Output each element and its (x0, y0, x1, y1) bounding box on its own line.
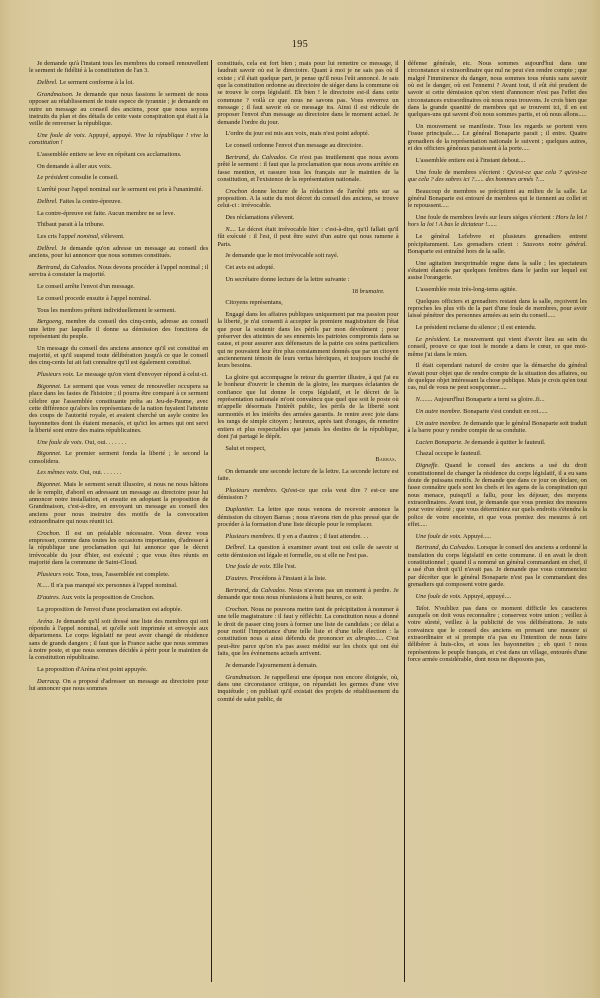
paragraph: Plusieurs voix. Tous, tous, l'assemblée … (29, 571, 208, 578)
speaker-name: Une foule de voix. (416, 593, 462, 600)
paragraph: Duplantier. La lettre que nous venons de… (217, 506, 398, 528)
paragraph-text: L'assemblée entiere se leve en répétant … (37, 151, 182, 158)
paragraph: Le président reclame du silence ; il est… (408, 324, 587, 331)
paragraph: Un mouvement se manifeste. Tous les rega… (408, 123, 587, 152)
page-number: 195 (0, 39, 600, 50)
paragraph: Bigonnet. Mais le serment serait illusoi… (29, 481, 208, 525)
paragraph: Un autre membre. Bonaparte s'est conduit… (408, 408, 587, 415)
paragraph-text: On demande une seconde lecture de la let… (217, 468, 398, 482)
speaker-name: Aréna. (37, 618, 54, 625)
paragraph-text: Salut et respect, (225, 445, 265, 452)
paragraph-text: Thibaut parait à la tribune. (37, 221, 104, 228)
paragraph-text: Quelques officiers et grenadiers restant… (408, 298, 587, 320)
paragraph-text: Le président reclame du silence ; il est… (416, 324, 537, 331)
paragraph: Beaucoup de membres se précipitent au mi… (408, 188, 587, 210)
paragraph-text: Barras. (375, 456, 396, 463)
speaker-name: Talot. (416, 605, 430, 612)
paragraph-text: Il n'a pas manqué six personnes à l'appe… (49, 582, 177, 589)
paragraph: Une foule de membres levés sur leurs sié… (408, 214, 587, 229)
paragraph: La contre-épreuve est faite. Aucun membr… (29, 210, 208, 217)
paragraph: Talot. N'oubliez pas dans ce moment diff… (408, 605, 587, 664)
paragraph-text: Le serment que vous venez de renouveller… (29, 383, 208, 434)
paragraph: Lucien Bonaparte. Je demande à quitter l… (408, 439, 587, 446)
paragraph-text: Une foule de membres s'écrient : (416, 169, 507, 176)
paragraph: Les cris l'appel nominal, s'élevent. (29, 233, 208, 240)
paragraph-text: Je demande l'ajournement à demain. (225, 662, 317, 669)
paragraph-text: Oui, oui. . . . . . . (78, 469, 121, 476)
paragraph: Chazal occupe le fauteuil. (408, 450, 587, 457)
speaker-name: Delbrel. (37, 245, 58, 252)
paragraph: Darracq. On a proposé d'adresser un mess… (29, 678, 208, 693)
paragraph-text: La proposition de l'envoi d'une proclama… (37, 606, 182, 613)
speaker-name: Le président. (416, 336, 451, 343)
paragraph-text: La contre-épreuve est faite. Aucun membr… (37, 210, 175, 217)
paragraph: N.... Le décret était irrévocable hier :… (217, 226, 398, 248)
paragraph-text: consulte le conseil. (69, 174, 119, 181)
paragraph-text: constitués, cela est fort bien ; mais po… (217, 60, 398, 126)
paragraph: La proposition de l'envoi d'une proclama… (29, 606, 208, 613)
paragraph-text: Un mouvement se manifeste. Tous les rega… (408, 123, 587, 152)
letter-date: 18 brumaire. (217, 288, 384, 295)
paragraph-text: 18 (352, 288, 360, 295)
paragraph-text: Beaucoup de membres se précipitent au mi… (408, 188, 587, 210)
paragraph-text-continued: Bonaparte est entraîné hors de la salle. (408, 248, 506, 255)
paragraph-text: Quand le conseil des anciens a usé du dr… (408, 462, 587, 528)
paragraph: Plusieurs membres. Il y en a d'autres ; … (217, 533, 398, 540)
speaker-name: Duplantier. (225, 506, 254, 513)
paragraph: L'arrêté pour l'appel nominal sur le ser… (29, 186, 208, 193)
speaker-name: Plusieurs voix. (37, 571, 75, 578)
paragraph-text: Chazal occupe le fauteuil. (416, 450, 482, 457)
paragraph-text: Je demande que le mot irrévocable soit r… (225, 252, 338, 259)
paragraph: Le général Lefebvre et plusieurs grenadi… (408, 233, 587, 255)
paragraph: Les mêmes voix. Oui, oui. . . . . . . (29, 469, 208, 476)
paragraph: L'ordre du jour est mis aux voix, mais n… (217, 130, 398, 137)
paragraph-text: Engagé dans les affaires publiques uniqu… (217, 311, 398, 369)
paragraph-text: Aux voix la proposition de Crochon. (60, 594, 154, 601)
paragraph: Delbrel. La question à examiner avant to… (217, 544, 398, 559)
text-columns: Je demande qu'à l'instant tous les membr… (26, 60, 590, 982)
paragraph-text: Appuyé..... (462, 533, 491, 540)
paragraph-text: Bonaparte s'est conduit en roi...... (462, 408, 548, 415)
paragraph-text: Je demande qu'à l'instant tous les membr… (29, 60, 208, 74)
column-left: Je demande qu'à l'instant tous les membr… (26, 60, 211, 982)
paragraph: Crochon. Nous ne pouvons mettre tant de … (217, 606, 398, 657)
column-middle: constitués, cela est fort bien ; mais po… (211, 60, 404, 982)
paragraph: Une agitation inexprimable regne dans la… (408, 260, 587, 282)
paragraph: Salut et respect, (217, 445, 398, 452)
speaker-name: Bergoeng (37, 318, 61, 325)
paragraph-text: L'arrêté pour l'appel nominal sur le ser… (37, 186, 203, 193)
paragraph: Une foule de voix. Elle l'est. (217, 563, 398, 570)
paragraph: On demande une seconde lecture de la let… (217, 468, 398, 483)
paragraph-text: Les cris l' (37, 233, 61, 240)
speaker-name: Lucien Bonaparte. (416, 439, 463, 446)
paragraph-text: Il y en a d'autres ; il faut attendre. .… (275, 533, 368, 540)
speaker-name: Plusieurs membres. (225, 533, 275, 540)
italic-phrase: Sauvons notre général. (523, 241, 587, 248)
speaker-name: Bertrand, du Calvados. (37, 264, 97, 271)
speaker-name: D'autres. (225, 575, 248, 582)
paragraph-text: Une foule de membres levés sur leurs sié… (416, 214, 556, 221)
speaker-name: Une foule de voix. (416, 533, 462, 540)
paragraph-text: Oui, oui. . . . . . . (83, 439, 126, 446)
speaker-name: N.... (225, 226, 236, 233)
paragraph: Des réclamations s'élevent. (217, 214, 398, 221)
paragraph: Un autre membre. Je demande que le génér… (408, 420, 587, 435)
paragraph-text: Le conseil procede ensuite à l'appel nom… (37, 295, 151, 302)
paragraph: Aréna. Je demande qu'il soit dressé une … (29, 618, 208, 662)
signature: Barras. (217, 456, 396, 463)
speaker-name: Une foule de voix. (37, 132, 86, 139)
paragraph-text: Le décret était irrévocable hier : c'est… (217, 226, 398, 248)
paragraph: Tous les membres prêtent individuellemen… (29, 307, 208, 314)
paragraph: L'assemblée reste très-long-tems agitée. (408, 286, 587, 293)
speaker-name: D'autres. (37, 594, 60, 601)
paragraph-text: Le conseil arrête l'envoi d'un message. (37, 283, 135, 290)
paragraph: Delbrel. Je demande qu'on adresse un mes… (29, 245, 208, 260)
paragraph: La gloire qui accompagne le retour du gu… (217, 374, 398, 440)
paragraph-text: Le message qu'on vient d'envoyer répond … (75, 371, 208, 378)
speaker-name: Digneffe. (416, 462, 439, 469)
italic-phrase: appel nominal (61, 233, 97, 240)
paragraph: N........ Aujourd'hui Bonaparte a terni … (408, 396, 587, 403)
paragraph: Digneffe. Quand le conseil des anciens a… (408, 462, 587, 528)
paragraph: Crochon. Il est un préalable nécessaire.… (29, 530, 208, 567)
paragraph: Crochon donne lecture de la rédaction de… (217, 188, 398, 210)
paragraph: Il était cependant naturel de croire que… (408, 362, 587, 391)
speaker-name: N........ (416, 396, 433, 403)
paragraph: constitués, cela est fort bien ; mais po… (217, 60, 398, 126)
paragraph-text: défense générale, etc. Nous sommes aujou… (408, 60, 587, 118)
paragraph-text: Elle l'est. (271, 563, 296, 570)
paragraph: Le conseil ordonne l'envoi d'un message … (217, 142, 398, 149)
speaker-name: Bertrand, du Calvados. (225, 587, 286, 594)
paragraph-text: L'assemblée reste très-long-tems agitée. (416, 286, 517, 293)
speaker-name: Une foule de voix. (225, 563, 271, 570)
paragraph: On demande à aller aux voix. (29, 163, 208, 170)
paragraph: Delbrel. Le serment conforme à la loi. (29, 79, 208, 86)
speaker-name: N..... (37, 582, 49, 589)
paragraph-text: Des réclamations s'élevent. (225, 214, 294, 221)
paragraph: D'autres. Procédons à l'instant à la lis… (217, 575, 398, 582)
paragraph-text: Il était cependant naturel de croire que… (408, 362, 587, 391)
paragraph: Citoyens représentans, (217, 299, 398, 306)
paragraph-text: Une agitation inexprimable regne dans la… (408, 260, 587, 282)
speaker-name: Darracq. (37, 678, 60, 685)
paragraph: Plusieurs voix. Le message qu'on vient d… (29, 371, 208, 378)
paragraph-text: Mais le serment serait illusoire, si nou… (29, 481, 208, 525)
paragraph-text: N'oubliez pas dans ce moment difficile l… (408, 605, 587, 663)
paragraph: Une foule de membres s'écrient : Qu'est-… (408, 169, 587, 184)
speaker-name: Delbrel. (37, 79, 58, 86)
speaker-name: Le président (37, 174, 69, 181)
paragraph-text: Je demande à quitter le fauteuil. (463, 439, 546, 446)
paragraph: Delbrel. Faites la contre-épreuve. (29, 198, 208, 205)
paragraph-text: Tous, tous, l'assemblée est complete. (75, 571, 170, 578)
speaker-name: Une foule de voix. (37, 439, 83, 446)
speaker-name: Delbrel. (37, 198, 58, 205)
paragraph: Bertrand, du Calvados. Ce n'est pas inut… (217, 154, 398, 183)
paragraph-text: Tous les membres prêtent individuellemen… (37, 307, 176, 314)
paragraph: L'assemblée entiere se leve en répétant … (29, 151, 208, 158)
speaker-name: Bigonnet. (37, 481, 62, 488)
paragraph-text: Appuyé, appuyé.... (462, 593, 511, 600)
paragraph-text: Cet avis est adopté. (225, 264, 274, 271)
paragraph-text: Un message du conseil des anciens annonc… (29, 345, 208, 367)
column-right: défense générale, etc. Nous sommes aujou… (405, 60, 590, 982)
speaker-name: Un autre membre. (416, 420, 462, 427)
italic-phrase: ex abrupto (347, 635, 376, 642)
speaker-name: Bertrand, du Calvados. (225, 154, 287, 161)
paragraph-text: Aujourd'hui Bonaparte a terni sa gloire.… (433, 396, 545, 403)
paragraph-text: Lorsque le conseil des anciens a ordonné… (408, 544, 587, 588)
paragraph: Une foule de voix. Appuyé..... (408, 533, 587, 540)
paragraph: D'autres. Aux voix la proposition de Cro… (29, 594, 208, 601)
paragraph: Une foule de voix. Appuyé, appuyé.... (408, 593, 587, 600)
paragraph: Une foule de voix. Appuyé, appuyé. Vive … (29, 132, 208, 147)
paragraph: Bertrand, du Calvados. Lorsque le consei… (408, 544, 587, 588)
paragraph: Plusieurs membres. Qu'est-ce que cela ve… (217, 487, 398, 502)
paragraph: Bertrand, du Calvados. Nous devons procé… (29, 264, 208, 279)
paragraph: Engagé dans les affaires publiques uniqu… (217, 311, 398, 370)
speaker-name: Les mêmes voix. (37, 469, 78, 476)
paragraph: La proposition d'Aréna n'est point appuy… (29, 666, 208, 673)
paragraph-text: Procédons à l'instant à la liste. (248, 575, 326, 582)
italic-phrase: brumaire. (360, 288, 385, 295)
speaker-name: Bigonnet. (37, 450, 62, 457)
speaker-name: Bertrand, du Calvados. (416, 544, 476, 551)
paragraph: N..... Il n'a pas manqué six personnes à… (29, 582, 208, 589)
speaker-name: Delbrel. (225, 544, 246, 551)
paragraph: Bigonnet. Le serment que vous venez de r… (29, 383, 208, 434)
paragraph-text: La gloire qui accompagne le retour du gu… (217, 374, 398, 440)
speaker-name: Plusieurs membres. (225, 487, 277, 494)
paragraph-text: L'assemblée entiere est à l'instant debo… (416, 157, 526, 164)
speaker-name: Grandmaison. (37, 91, 73, 98)
paragraph-text: Citoyens représentans, (225, 299, 282, 306)
paragraph-text: Un secrétaire donne lecture de la lettre… (225, 276, 349, 283)
speaker-name: Bigonnet. (37, 383, 62, 390)
speaker-name: Crochon. (225, 606, 249, 613)
speaker-name: Grandmaison. (225, 674, 261, 681)
paragraph: L'assemblée entiere est à l'instant debo… (408, 157, 587, 164)
paragraph: Un message du conseil des anciens annonc… (29, 345, 208, 367)
paragraph: Un secrétaire donne lecture de la lettre… (217, 276, 398, 283)
speaker-name: Crochon (225, 188, 247, 195)
paragraph: Cet avis est adopté. (217, 264, 398, 271)
paragraph-text: La proposition d'Aréna n'est point appuy… (37, 666, 147, 673)
paragraph-text: Le conseil ordonne l'envoi d'un message … (225, 142, 363, 149)
speaker-name: Un autre membre. (416, 408, 462, 415)
paragraph: Quelques officiers et grenadiers restant… (408, 298, 587, 320)
paragraph-text: Appuyé, appuyé. (86, 132, 135, 139)
speaker-name: Plusieurs voix. (37, 371, 75, 378)
paragraph-text: L'ordre du jour est mis aux voix, mais n… (225, 130, 369, 137)
paragraph: Grandmaison. Je rappellerai une époque n… (217, 674, 398, 703)
paragraph: Grandmaison. Je demande que nous fassion… (29, 91, 208, 128)
paragraph: Je demande que le mot irrévocable soit r… (217, 252, 398, 259)
paragraph: Une foule de voix. Oui, oui. . . . . . . (29, 439, 208, 446)
paragraph-text: Faites la contre-épreuve. (58, 198, 122, 205)
paragraph: Le conseil arrête l'envoi d'un message. (29, 283, 208, 290)
paragraph-text: On demande à aller aux voix. (37, 163, 112, 170)
paragraph: Bigonnet. Le premier serment fonda la li… (29, 450, 208, 465)
paragraph: Le président consulte le conseil. (29, 174, 208, 181)
paragraph: Bertrand, du Calvados. Nous n'avons pas … (217, 587, 398, 602)
paragraph-text: Je demande qu'il soit dressé une liste d… (29, 618, 208, 662)
paragraph: Le président. Le mouvement qui vient d'a… (408, 336, 587, 358)
paragraph: Je demande qu'à l'instant tous les membr… (29, 60, 208, 75)
paragraph-text-continued: , s'élevent. (98, 233, 125, 240)
paragraph: Bergoeng, membre du conseil des cinq-cen… (29, 318, 208, 340)
speaker-name: Crochon. (37, 530, 61, 537)
paragraph: Thibaut parait à la tribune. (29, 221, 208, 228)
paragraph: défense générale, etc. Nous sommes aujou… (408, 60, 587, 119)
paragraph: Je demande l'ajournement à demain. (217, 662, 398, 669)
paragraph: Le conseil procede ensuite à l'appel nom… (29, 295, 208, 302)
paragraph-text: Le serment conforme à la loi. (58, 79, 134, 86)
